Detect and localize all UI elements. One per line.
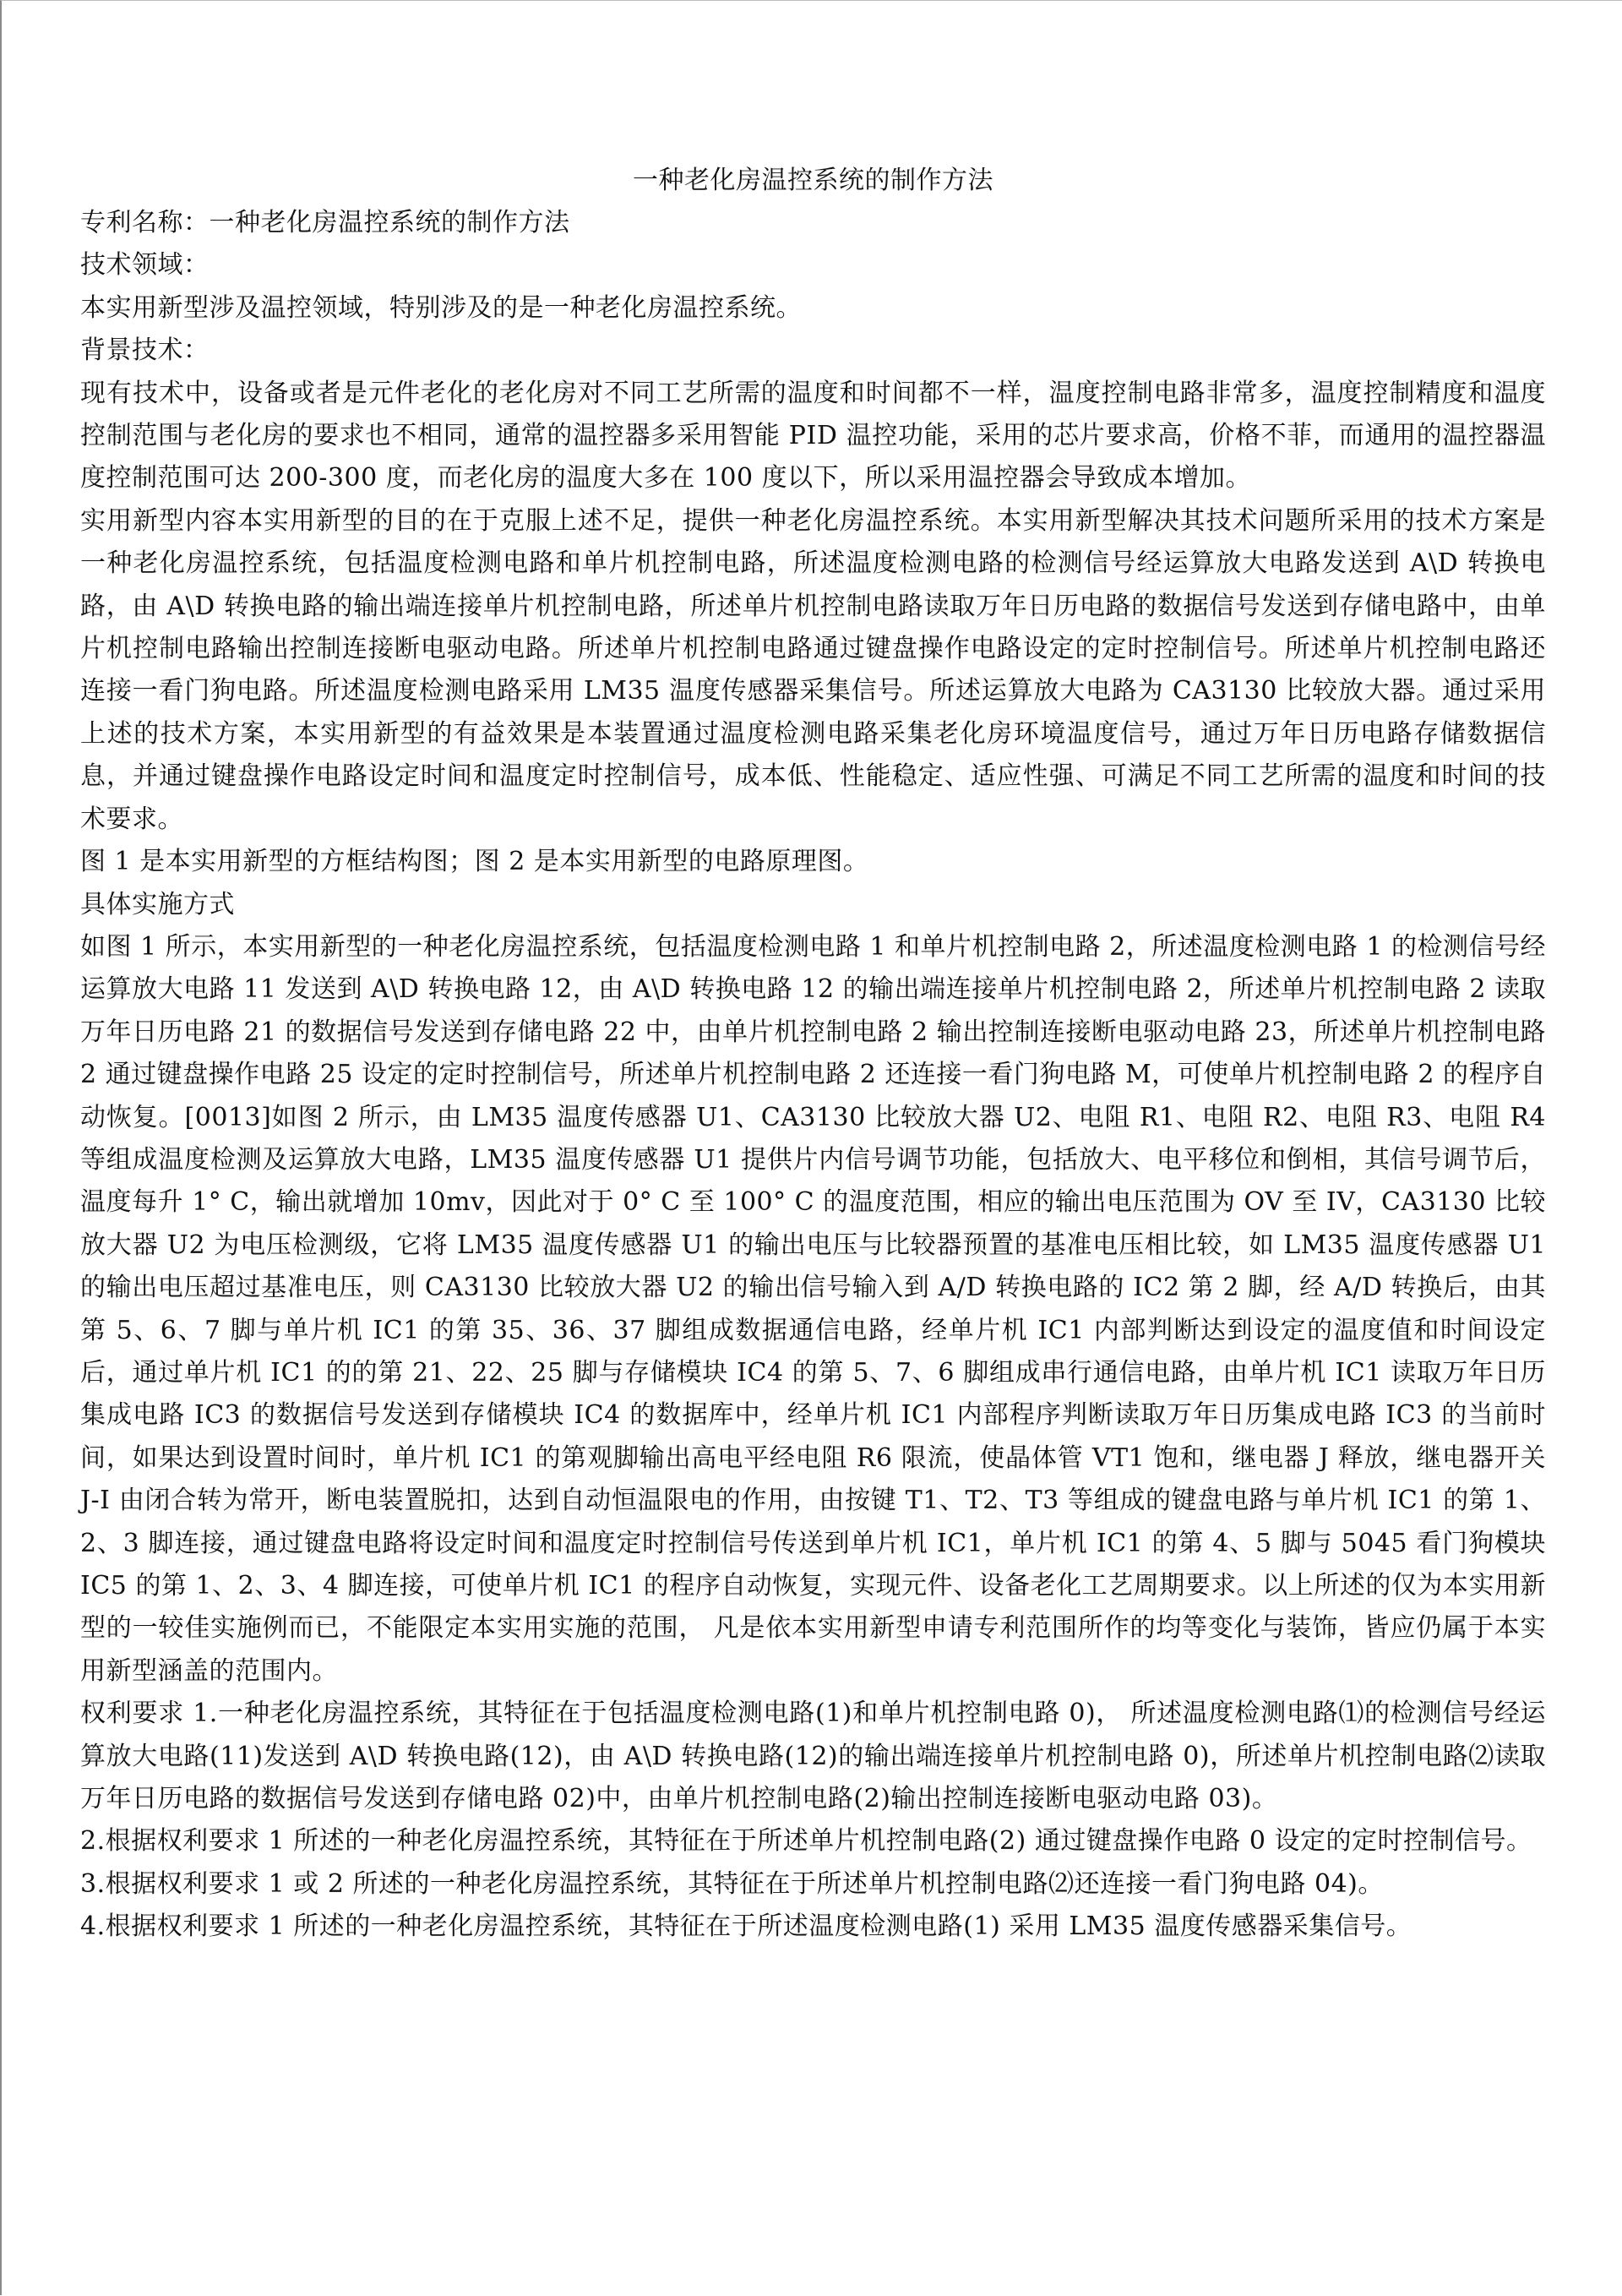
patent-name-line: 专利名称：一种老化房温控系统的制作方法 [80,202,1546,244]
technical-field-text: 本实用新型涉及温控领域，特别涉及的是一种老化房温控系统。 [80,287,1546,330]
document-title: 一种老化房温控系统的制作方法 [80,160,1546,202]
background-text: 现有技术中，设备或者是元件老化的老化房对不同工艺所需的温度和时间都不一样，温度控… [80,373,1546,500]
claim-1: 权利要求 1.一种老化房温控系统，其特征在于包括温度检测电路(1)和单片机控制电… [80,1693,1546,1820]
section-heading-technical-field: 技术领域： [80,244,1546,286]
section-heading-embodiment: 具体实施方式 [80,884,1546,926]
summary-text: 实用新型内容本实用新型的目的在于克服上述不足，提供一种老化房温控系统。本实用新型… [80,500,1546,841]
claim-2: 2.根据权利要求 1 所述的一种老化房温控系统，其特征在于所述单片机控制电路(2… [80,1820,1546,1862]
claim-4: 4.根据权利要求 1 所述的一种老化房温控系统，其特征在于所述温度检测电路(1)… [80,1906,1546,1948]
claim-3: 3.根据权利要求 1 或 2 所述的一种老化房温控系统，其特征在于所述单片机控制… [80,1863,1546,1906]
embodiment-text: 如图 1 所示，本实用新型的一种老化房温控系统，包括温度检测电路 1 和单片机控… [80,926,1546,1693]
section-heading-background: 背景技术： [80,330,1546,372]
document-page: 一种老化房温控系统的制作方法 专利名称：一种老化房温控系统的制作方法 技术领域：… [0,0,1622,2295]
figure-description: 图 1 是本实用新型的方框结构图；图 2 是本实用新型的电路原理图。 [80,841,1546,883]
document-content: 一种老化房温控系统的制作方法 专利名称：一种老化房温控系统的制作方法 技术领域：… [80,160,1546,1949]
